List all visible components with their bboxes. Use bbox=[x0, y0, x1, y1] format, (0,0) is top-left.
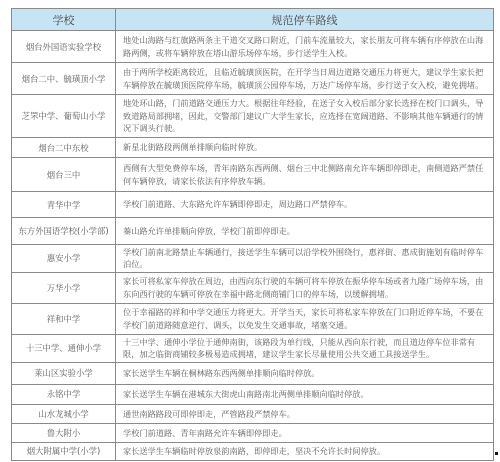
school-name-cell: 永铭中学 bbox=[12, 384, 116, 404]
parking-route-cell: 地处环山路，门前道路交通压力大。根据往年经验，在送子女入校后部分家长选择在校门口… bbox=[116, 95, 494, 138]
parking-route-cell: 新星北街路段两侧单排顺向临时停放。 bbox=[116, 138, 494, 158]
table-row: 惠安小学学校门前南北路禁止车辆通行，接送学生车辆可以沿学校外围绕行，惠祥街、惠成… bbox=[12, 245, 494, 273]
school-name-cell: 烟台二中、毓璜顶小学 bbox=[12, 63, 116, 95]
table-row: 青华中学学校门前道路、大东路允许车辆即停即走，周边路口严禁停车。 bbox=[12, 192, 494, 218]
school-name-cell: 祥和中学 bbox=[12, 303, 116, 334]
parking-route-cell: 家长可将私家车停放在周边，由西向东行驶的车辆可将车停放在振华停车场或者九隆广场停… bbox=[116, 272, 494, 303]
school-name-cell: 惠安小学 bbox=[12, 245, 116, 273]
parking-route-cell: 蓁山路允许单排顺向停放，学校门前即停即走。 bbox=[116, 218, 494, 245]
parking-route-cell: 十三中学、通伸小学位于通伸南街，该路段为单行线，只能从西向东行驶，而且道边停车位… bbox=[116, 334, 494, 362]
table-body: 烟台外国语实验学校地处山海路与红旗路两条主干道交叉路口附近，门前车流量较大，家长… bbox=[12, 31, 494, 461]
parking-route-cell: 位于幸福路的祥和中学交通压力将更大。开学当天，家长可将私家车停放在门口附近停车场… bbox=[116, 303, 494, 334]
parking-route-cell: 学校门前道路、大东路允许车辆即停即走，周边路口严禁停车。 bbox=[116, 192, 494, 218]
table-row: 鲁大附小学校门前道路、青年南路允许车辆即停即走。 bbox=[12, 423, 494, 442]
header-route: 规范停车路线 bbox=[116, 9, 494, 31]
table-row: 烟台二中东校新星北街路段两侧单排顺向临时停放。 bbox=[12, 138, 494, 158]
parking-route-cell: 通世南路路段可即停即走，严管路段严禁停车。 bbox=[116, 404, 494, 423]
table-row: 十三中学、通伸小学十三中学、通伸小学位于通伸南街，该路段为单行线，只能从西向东行… bbox=[12, 334, 494, 362]
parking-route-cell: 学校门前南北路禁止车辆通行，接送学生车辆可以沿学校外围绕行，惠祥街、惠成街施划有… bbox=[116, 245, 494, 273]
parking-route-cell: 学校门前道路、青年南路允许车辆即停即走。 bbox=[116, 423, 494, 442]
school-name-cell: 青华中学 bbox=[12, 192, 116, 218]
school-name-cell: 鲁大附小 bbox=[12, 423, 116, 442]
parking-route-cell: 家长送学生车辆在桐林路东西两侧单排顺向临时停放。 bbox=[116, 362, 494, 384]
school-name-cell: 烟台三中 bbox=[12, 158, 116, 192]
parking-route-cell: 家长送学生车辆在港城东大街虎山南路南北两侧单排顺向临时停放。 bbox=[116, 384, 494, 404]
stray-dot-mark bbox=[495, 452, 498, 455]
table-row: 万华小学家长可将私家车停放在周边，由西向东行驶的车辆可将车停放在振华停车场或者九… bbox=[12, 272, 494, 303]
parking-route-cell: 西侧有大型免费停车场，青年南路东西两侧、烟台三中北侧路南允许车辆即停即走，南侧道… bbox=[116, 158, 494, 192]
table-row: 烟大附属中学(小学)家长送学生车辆临时停放泉韵南路，即停即走，坚决不允许长时间停… bbox=[12, 442, 494, 460]
header-school: 学校 bbox=[12, 9, 116, 31]
table-header-row: 学校 规范停车路线 bbox=[12, 9, 494, 31]
school-name-cell: 东方外国语学校(小学部) bbox=[12, 218, 116, 245]
school-name-cell: 莱山区实验小学 bbox=[12, 362, 116, 384]
school-name-cell: 十三中学、通伸小学 bbox=[12, 334, 116, 362]
parking-route-cell: 家长送学生车辆临时停放泉韵南路，即停即走，坚决不允许长时间停放。 bbox=[116, 442, 494, 460]
school-name-cell: 万华小学 bbox=[12, 272, 116, 303]
table-row: 芝罘中学、葡萄山小学地处环山路，门前道路交通压力大。根据往年经验，在送子女入校后… bbox=[12, 95, 494, 138]
table-row: 烟台二中、毓璜顶小学由于两所学校距离较近，且临近毓璜顶医院，在开学当日周边道路交… bbox=[12, 63, 494, 95]
parking-routes-table: 学校 规范停车路线 烟台外国语实验学校地处山海路与红旗路两条主干道交叉路口附近，… bbox=[11, 8, 494, 461]
school-name-cell: 芝罘中学、葡萄山小学 bbox=[12, 95, 116, 138]
table-row: 东方外国语学校(小学部)蓁山路允许单排顺向停放，学校门前即停即走。 bbox=[12, 218, 494, 245]
school-name-cell: 烟大附属中学(小学) bbox=[12, 442, 116, 460]
school-name-cell: 山水龙城小学 bbox=[12, 404, 116, 423]
parking-route-cell: 地处山海路与红旗路两条主干道交叉路口附近，门前车流量较大，家长朋友可将车辆有序停… bbox=[116, 31, 494, 63]
table-row: 莱山区实验小学家长送学生车辆在桐林路东西两侧单排顺向临时停放。 bbox=[12, 362, 494, 384]
table-row: 祥和中学位于幸福路的祥和中学交通压力将更大。开学当天，家长可将私家车停放在门口附… bbox=[12, 303, 494, 334]
table-row: 烟台外国语实验学校地处山海路与红旗路两条主干道交叉路口附近，门前车流量较大，家长… bbox=[12, 31, 494, 63]
table-row: 永铭中学家长送学生车辆在港城东大街虎山南路南北两侧单排顺向临时停放。 bbox=[12, 384, 494, 404]
table-row: 烟台三中西侧有大型免费停车场，青年南路东西两侧、烟台三中北侧路南允许车辆即停即走… bbox=[12, 158, 494, 192]
school-name-cell: 烟台二中东校 bbox=[12, 138, 116, 158]
parking-route-cell: 由于两所学校距离较近，且临近毓璜顶医院，在开学当日周边道路交通压力将更大，建议学… bbox=[116, 63, 494, 95]
table-row: 山水龙城小学通世南路路段可即停即走，严管路段严禁停车。 bbox=[12, 404, 494, 423]
school-name-cell: 烟台外国语实验学校 bbox=[12, 31, 116, 63]
parking-routes-table-container: 学校 规范停车路线 烟台外国语实验学校地处山海路与红旗路两条主干道交叉路口附近，… bbox=[11, 8, 493, 461]
